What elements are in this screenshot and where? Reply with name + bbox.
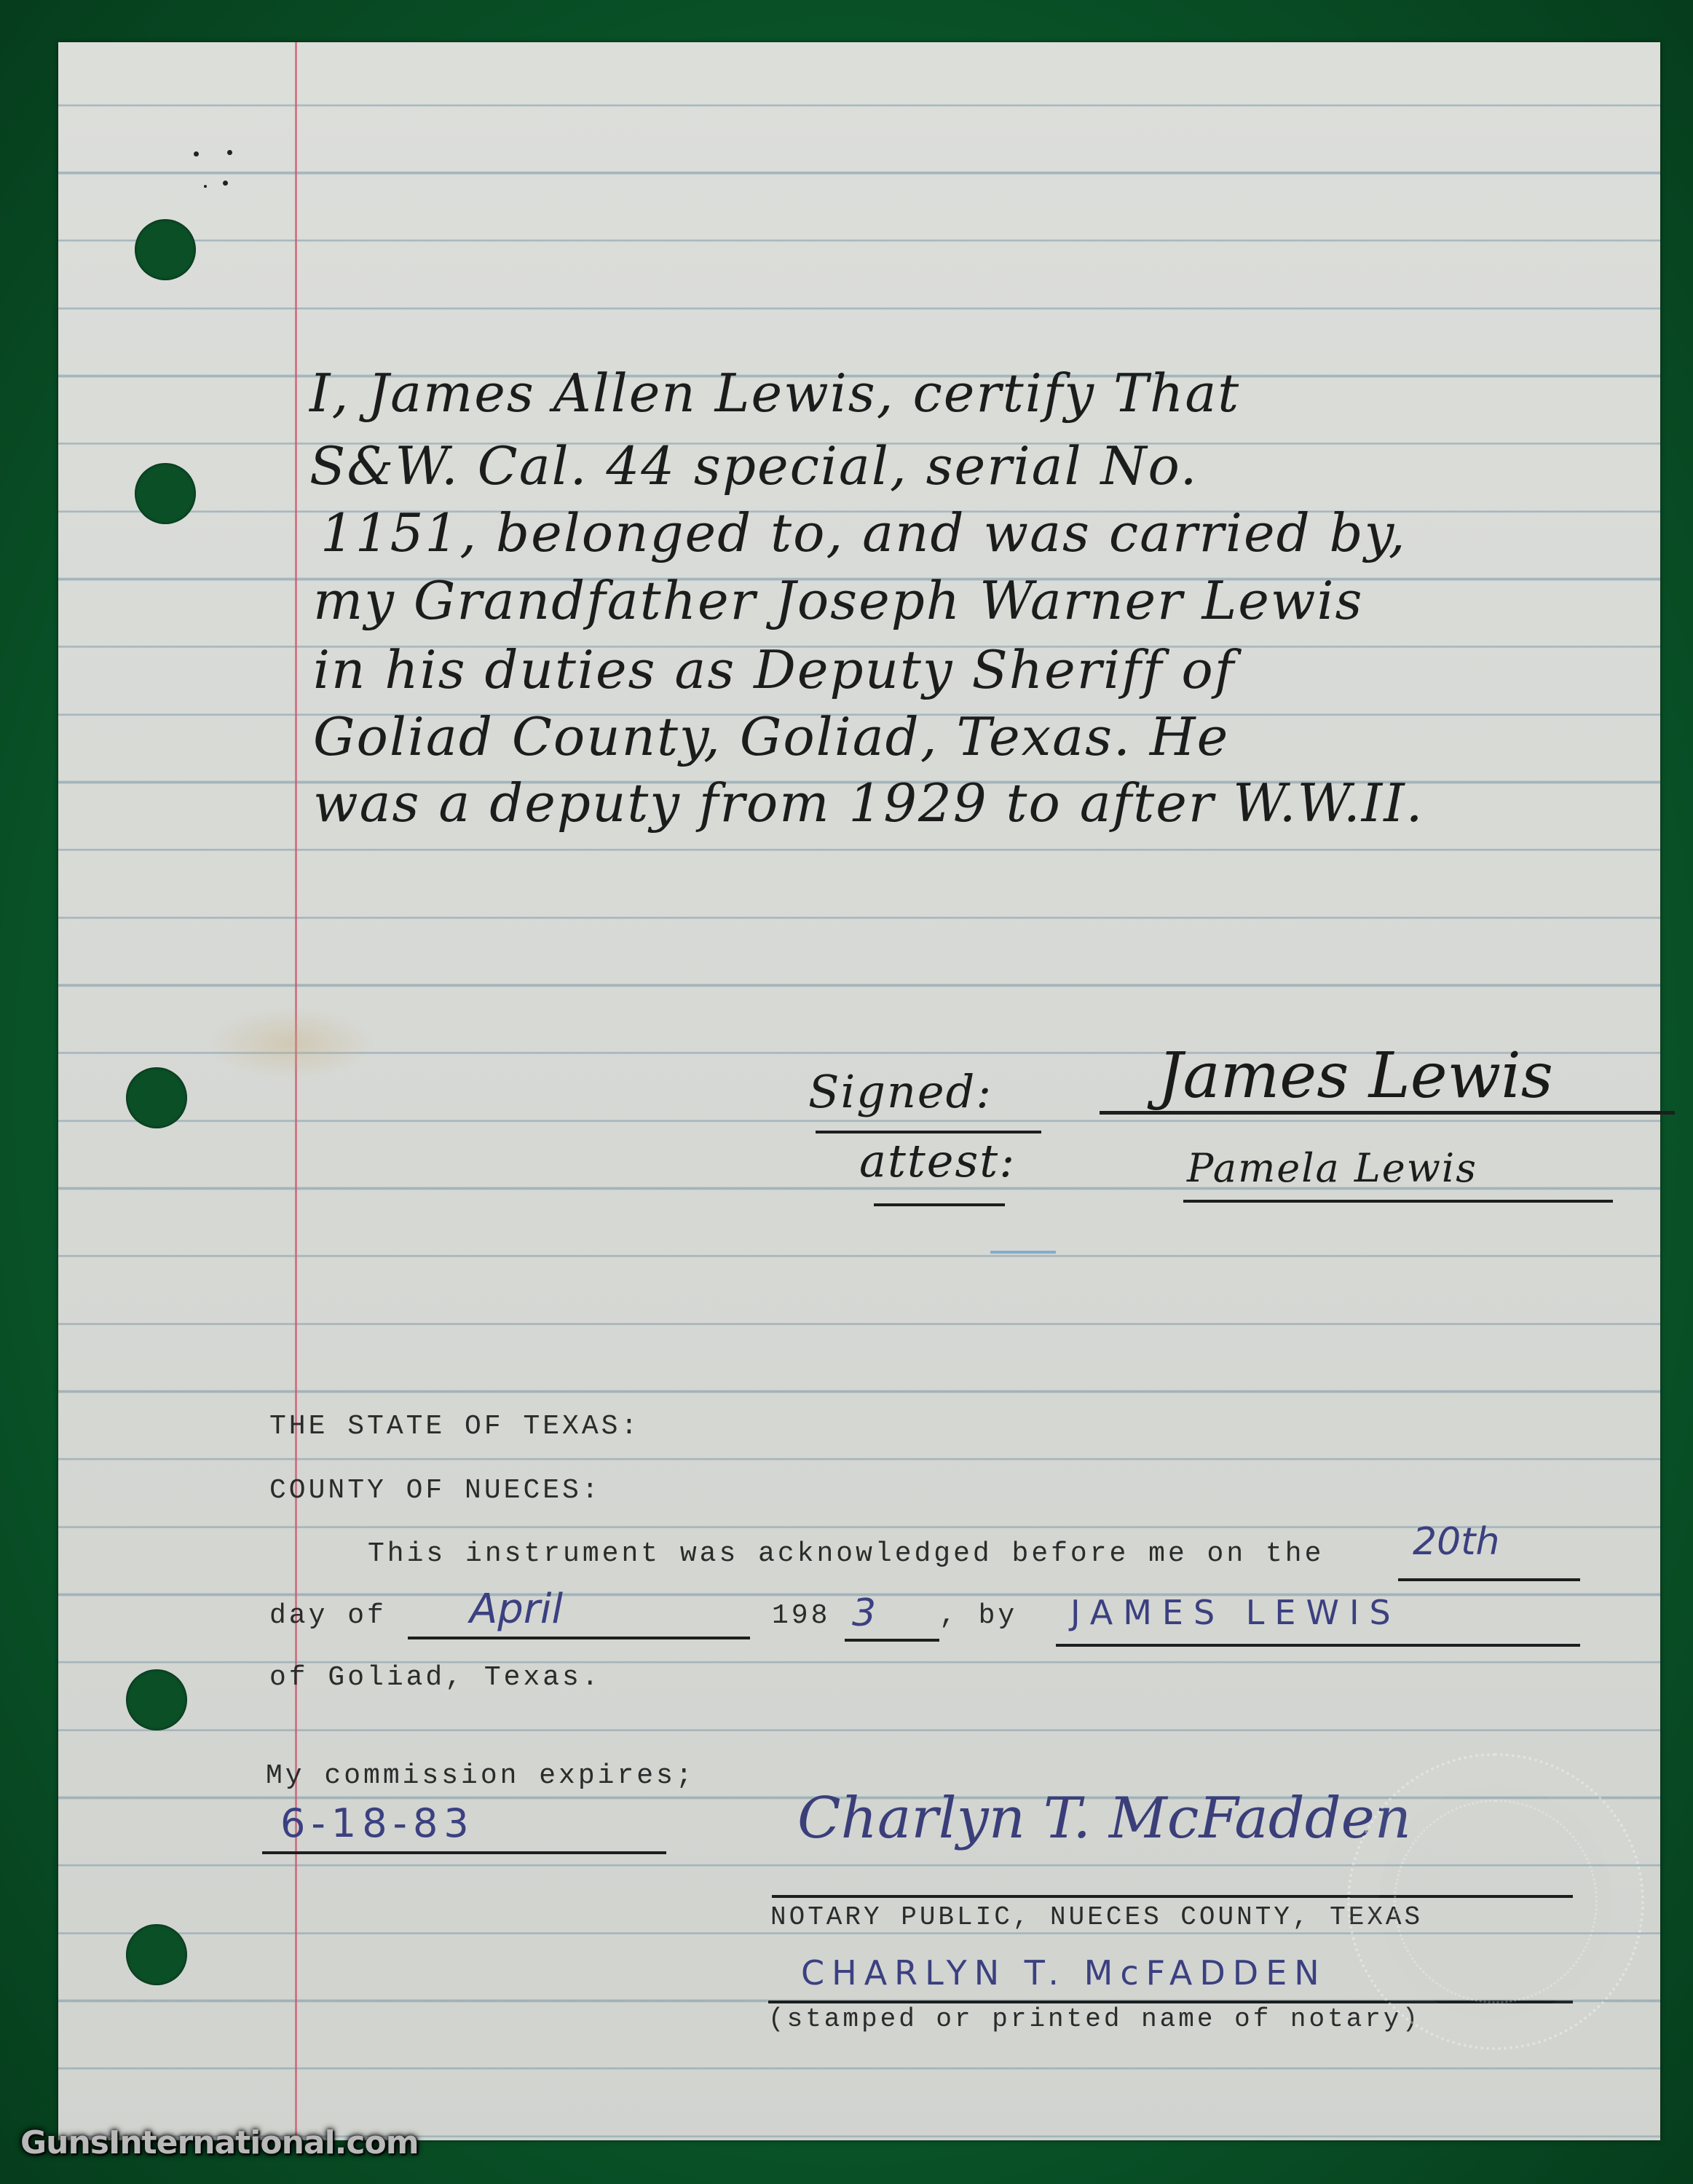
seal-inner-ring [1394, 1800, 1598, 2003]
commission-underline [262, 1851, 666, 1854]
month-underline [408, 1637, 750, 1639]
of-goliad-line: of Goliad, Texas. [269, 1662, 601, 1693]
notary-signature: Charlyn T. McFadden [797, 1786, 1411, 1851]
attest-label-underline [874, 1203, 1005, 1206]
by-underline [1056, 1644, 1580, 1647]
embossed-notary-seal [1347, 1753, 1644, 2050]
month-value: April [470, 1586, 563, 1633]
statement-line: my Grandfather Joseph Warner Lewis [313, 570, 1363, 631]
notebook-paper: I, James Allen Lewis, certify That S&W. … [58, 42, 1660, 2140]
binder-hole-icon [126, 1924, 187, 1985]
day-value: 20th [1413, 1520, 1500, 1564]
statement-line: Goliad County, Goliad, Texas. He [313, 706, 1229, 767]
by-label: , by [939, 1600, 1017, 1631]
paper-stain [208, 1007, 375, 1080]
pamela-lewis-signature: Pamela Lewis [1187, 1145, 1477, 1191]
signed-label-underline [816, 1131, 1041, 1133]
paper-speck [194, 151, 199, 157]
binder-hole-icon [126, 1669, 187, 1730]
statement-line: was a deputy from 1929 to after W.W.II. [313, 772, 1424, 834]
year-underline [845, 1639, 939, 1642]
printed-name-caption: (stamped or printed name of notary) [768, 2004, 1421, 2034]
james-lewis-signature: James Lewis [1158, 1040, 1553, 1112]
commission-label: My commission expires; [266, 1760, 695, 1792]
statement-line: in his duties as Deputy Sheriff of [313, 639, 1235, 700]
paper-speck [204, 185, 207, 188]
statement-line: I, James Allen Lewis, certify That [309, 363, 1240, 424]
state-line: THE STATE OF TEXAS: [269, 1411, 640, 1442]
day-of-label: day of [269, 1600, 387, 1631]
watermark-logo: GunsInternational.com [20, 2124, 419, 2161]
signed-label: Signed: [808, 1065, 992, 1118]
county-line: COUNTY OF NUECES: [269, 1475, 601, 1506]
acknowledgment-line: This instrument was acknowledged before … [368, 1538, 1324, 1570]
year-value: 3 [852, 1591, 876, 1635]
commission-value: 6-18-83 [280, 1800, 475, 1846]
signed-underline [1100, 1111, 1675, 1115]
printed-name-value: CHARLYN T. McFADDEN [801, 1953, 1327, 1993]
paper-speck [227, 150, 232, 155]
binder-hole-icon [135, 219, 196, 280]
binder-hole-icon [126, 1067, 187, 1128]
notary-title: NOTARY PUBLIC, NUECES COUNTY, TEXAS [770, 1902, 1423, 1932]
blue-ink-mark [990, 1251, 1056, 1254]
day-underline [1398, 1578, 1580, 1581]
by-value: JAMES LEWIS [1070, 1593, 1401, 1632]
binder-hole-icon [135, 463, 196, 524]
statement-line: S&W. Cal. 44 special, serial No. [309, 435, 1198, 496]
year-prefix: 198 [772, 1600, 830, 1631]
paper-speck [223, 181, 228, 186]
attest-underline [1183, 1200, 1613, 1203]
statement-line: 1151, belonged to, and was carried by, [320, 502, 1407, 563]
attest-label: attest: [859, 1134, 1016, 1187]
